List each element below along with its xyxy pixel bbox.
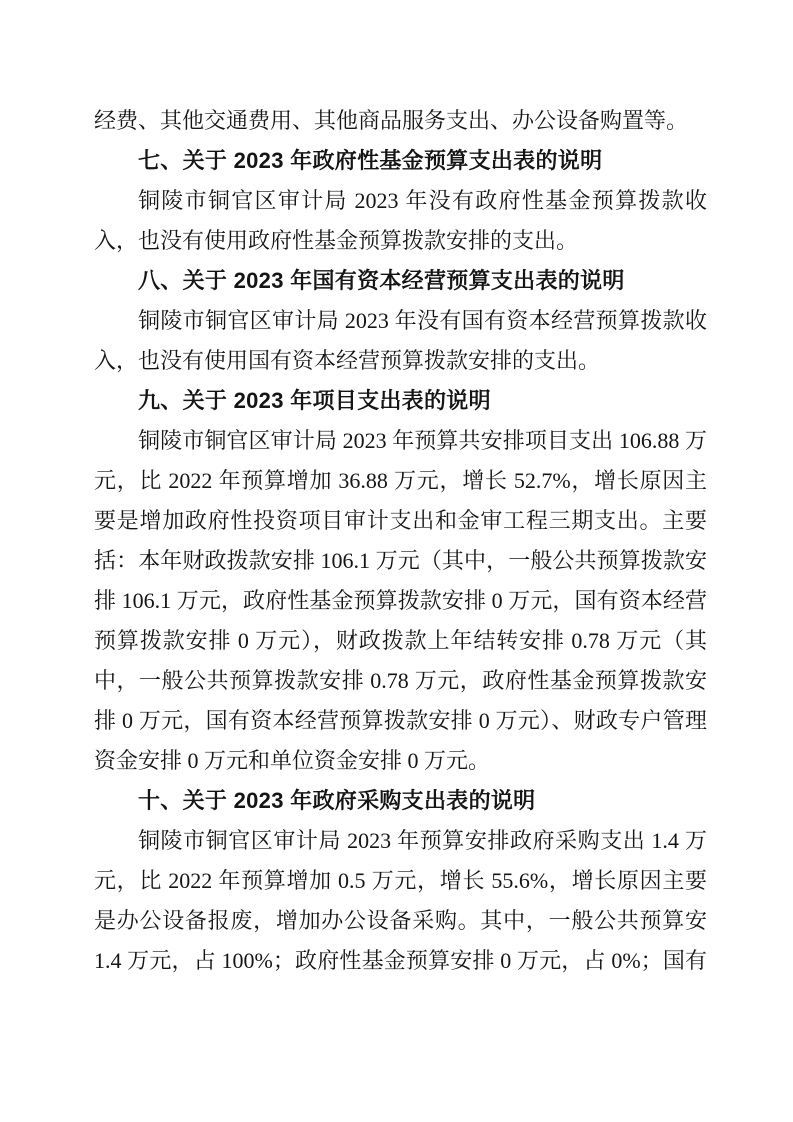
paragraph-line: 入，也没有使用国有资本经营预算拨款安排的支出。 [94, 341, 707, 381]
document-body: 经费、其他交通费用、其他商品服务支出、办公设备购置等。 七、关于 2023 年政… [94, 101, 707, 981]
paragraph-line: 铜陵市铜官区审计局 2023 年没有国有资本经营预算拨款收 [94, 301, 707, 341]
paragraph-line: 经费、其他交通费用、其他商品服务支出、办公设备购置等。 [94, 101, 707, 141]
paragraph-line: 资金安排 0 万元和单位资金安排 0 万元。 [94, 741, 707, 781]
paragraph-line: 要是增加政府性投资项目审计支出和金审工程三期支出。主要包 [94, 501, 707, 541]
paragraph-line: 是办公设备报废，增加办公设备采购。其中，一般公共预算安排 [94, 901, 707, 941]
paragraph-line: 铜陵市铜官区审计局 2023 年预算共安排项目支出 106.88 万 [94, 421, 707, 461]
paragraph-line: 预算拨款安排 0 万元），财政拨款上年结转安排 0.78 万元（其 [94, 621, 707, 661]
heading-section-10: 十、关于 2023 年政府采购支出表的说明 [94, 781, 707, 821]
paragraph-line: 元，比 2022 年预算增加 0.5 万元，增长 55.6%，增长原因主要 [94, 861, 707, 901]
paragraph-line: 中，一般公共预算拨款安排 0.78 万元，政府性基金预算拨款安 [94, 661, 707, 701]
paragraph-line: 铜陵市铜官区审计局 2023 年预算安排政府采购支出 1.4 万 [94, 821, 707, 861]
paragraph-line: 铜陵市铜官区审计局 2023 年没有政府性基金预算拨款收 [94, 181, 707, 221]
document-page: 经费、其他交通费用、其他商品服务支出、办公设备购置等。 七、关于 2023 年政… [0, 0, 793, 1122]
heading-section-9: 九、关于 2023 年项目支出表的说明 [94, 381, 707, 421]
paragraph-line: 元，比 2022 年预算增加 36.88 万元，增长 52.7%，增长原因主 [94, 461, 707, 501]
paragraph-line: 1.4 万元，占 100%；政府性基金预算安排 0 万元，占 0%；国有 [94, 941, 707, 981]
paragraph-line: 排 0 万元，国有资本经营预算拨款安排 0 万元）、财政专户管理 [94, 701, 707, 741]
paragraph-line: 排 106.1 万元，政府性基金预算拨款安排 0 万元，国有资本经营 [94, 581, 707, 621]
paragraph-line: 括：本年财政拨款安排 106.1 万元（其中，一般公共预算拨款安 [94, 541, 707, 581]
paragraph-line: 入，也没有使用政府性基金预算拨款安排的支出。 [94, 221, 707, 261]
heading-section-8: 八、关于 2023 年国有资本经营预算支出表的说明 [94, 261, 707, 301]
heading-section-7: 七、关于 2023 年政府性基金预算支出表的说明 [94, 141, 707, 181]
